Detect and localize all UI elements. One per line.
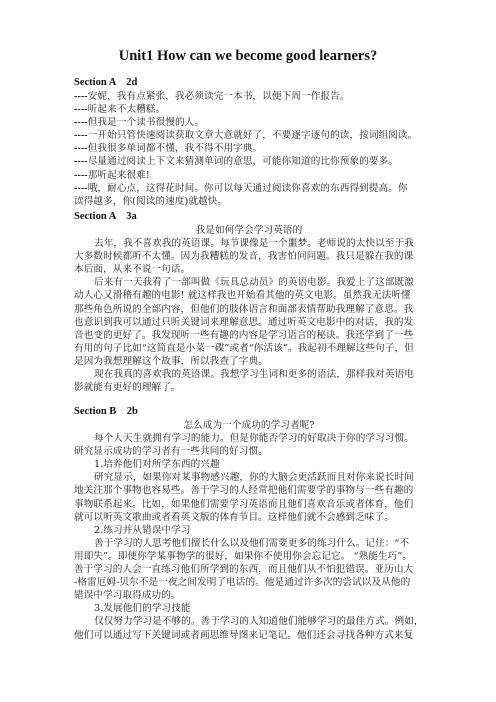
section-a-2d: Section A 2d ----安妮，我有点紧张，我必须读完一本书，以便下周一… (74, 76, 424, 208)
section-heading: Section B 2b (74, 405, 424, 419)
paragraph-line: 1.培养他们对所学东西的兴趣 (74, 458, 424, 471)
paragraph-line: 善于学习的人思考他们擅长什么以及他们需要更多的练习什么。记住：“不 (74, 537, 424, 550)
paragraph-line: 2.练习并从错误中学习 (74, 524, 424, 537)
paragraph-line: 研究显示成功的学习者有一些共同的好习惯。 (74, 445, 424, 458)
passage-text: 去年，我不喜欢我的英语课。每节课像是一个噩梦。老师说的太快以至于我大多数时候都听… (74, 237, 424, 394)
paragraph-line: 研究显示，如果你对某事物感兴趣，你的大脑会更活跃而且对你来说长时间 (74, 471, 424, 484)
dialogue-line: ----一开始只管快速阅读获取文章大意就好了，不要逐字逐句的读，按词组阅读。 (74, 129, 424, 142)
paragraph-line: 也意识到我可以通过只听关键词来理解意思。通过听英文电影中的对话，我的发 (74, 316, 424, 329)
dialogue-line: ----尽量通过阅读上下文来猜测单词的意思，可能你知道的比你预象的要多。 (74, 155, 424, 168)
paragraph-line: 去年，我不喜欢我的英语课。每节课像是一个噩梦。老师说的太快以至于我 (74, 237, 424, 250)
paragraph-line: -格雷厄姆-贝尔不是一夜之间发明了电话的。他是通过许多次的尝试以及从他的 (74, 576, 424, 589)
paragraph-line: 错误中学习取得成功的。 (74, 589, 424, 602)
paragraph-line: 本后面，从来不说一句话。 (74, 263, 424, 276)
section-heading: Section A 3a (74, 210, 424, 224)
dialogue-line: ----那听起来很难! (74, 169, 424, 182)
dialogue-line: ----但我是一个读书很慢的人。 (74, 116, 424, 129)
paragraph-line: 3.发展他们的学习技能 (74, 602, 424, 615)
paragraph-line: 仅仅努力学习是不够的。善于学习的人知道他们能够学习的最佳方式。例如， (74, 615, 424, 628)
paragraph-line: 地关注那个事物也容易些。善于学习的人经常把他们需要学的事物与一些有趣的 (74, 484, 424, 497)
paragraph-line: 有用的句子比如“这简直是小菜一碟”或者“你活该”。我起初不理解这些句子，但 (74, 342, 424, 355)
paragraph-line: 后来有一天我看了一部叫做《玩具总动员》的英语电影。我爱上了这部既激 (74, 276, 424, 289)
passage-title: 我是如何学会学习英语的 (74, 224, 424, 237)
paragraph-line: 事物联系起来。比如，如果他们需要学习英语而且他们喜欢音乐或者体育，他们 (74, 498, 424, 511)
dialogue-line-continued: 读得越多，你(阅读的速度)就越快。 (74, 195, 424, 208)
dialogue-line: ----但我很多单词都不懂，我不得不用字典。 (74, 142, 424, 155)
paragraph-line: 用即失”。即使你学某事物学的很好，如果你不使用你会忘记它。 “熟能生巧”。 (74, 550, 424, 563)
paragraph-line: 影就能有更好的理解了。 (74, 381, 424, 394)
section-a-3a: Section A 3a 我是如何学会学习英语的 去年，我不喜欢我的英语课。每节… (74, 210, 424, 394)
paragraph-line: 现在我真的喜欢我的英语课。我想学习生词和更多的语法，那样我对英语电 (74, 368, 424, 381)
paragraph-line: 动人心又滑稽有趣的电影! 就这样我也开始看其他的英文电影。虽然我无法听懂 (74, 289, 424, 302)
dialogue-line: ----听起来不太糟糕。 (74, 103, 424, 116)
paragraph-line: 是因为我想理解这个故事，所以我查了字典。 (74, 355, 424, 368)
paragraph-line: 他们可以通过写下关键词或者画思维导图来记笔记。他们还会寻找各种方式来复 (74, 629, 424, 642)
passage-title: 怎么成为一个成功的学习者呢? (74, 419, 424, 432)
section-heading: Section A 2d (74, 76, 424, 90)
paragraph-line: 每个人天生就拥有学习的能力。但是你能否学习的好取决于你的学习习惯。 (74, 432, 424, 445)
paragraph-line: 那些角色所说的全部内容，但他们的肢体语言和面部表情帮助我理解了意思。我 (74, 303, 424, 316)
paragraph-line: 音也变的更好了。我发现听一些有趣的内容是学习语言的秘诀。我还学到了一些 (74, 329, 424, 342)
paragraph-line: 就可以听英文歌曲或者看英文版的体育节目。这样他们就不会感到乏味了。 (74, 511, 424, 524)
section-b-2b: Section B 2b 怎么成为一个成功的学习者呢? 每个人天生就拥有学习的能… (74, 405, 424, 642)
paragraph-line: 善于学习的人会一直练习他们所学到的东西，而且他们从不怕犯错误。亚历山大 (74, 563, 424, 576)
dialogue-line: ----哦，耐心点，这得花时间。你可以每天通过阅读你喜欢的东西得到提高。你 (74, 182, 424, 195)
passage-text: 每个人天生就拥有学习的能力。但是你能否学习的好取决于你的学习习惯。研究显示成功的… (74, 432, 424, 642)
document-title: Unit1 How can we become good learners? (0, 48, 496, 65)
paragraph-line: 大多数时候都听不太懂。因为我糟糕的发音，我害怕问问题。我只是躲在我的课 (74, 250, 424, 263)
dialogue-line: ----安妮，我有点紧张，我必须读完一本书，以便下周一作报告。 (74, 90, 424, 103)
